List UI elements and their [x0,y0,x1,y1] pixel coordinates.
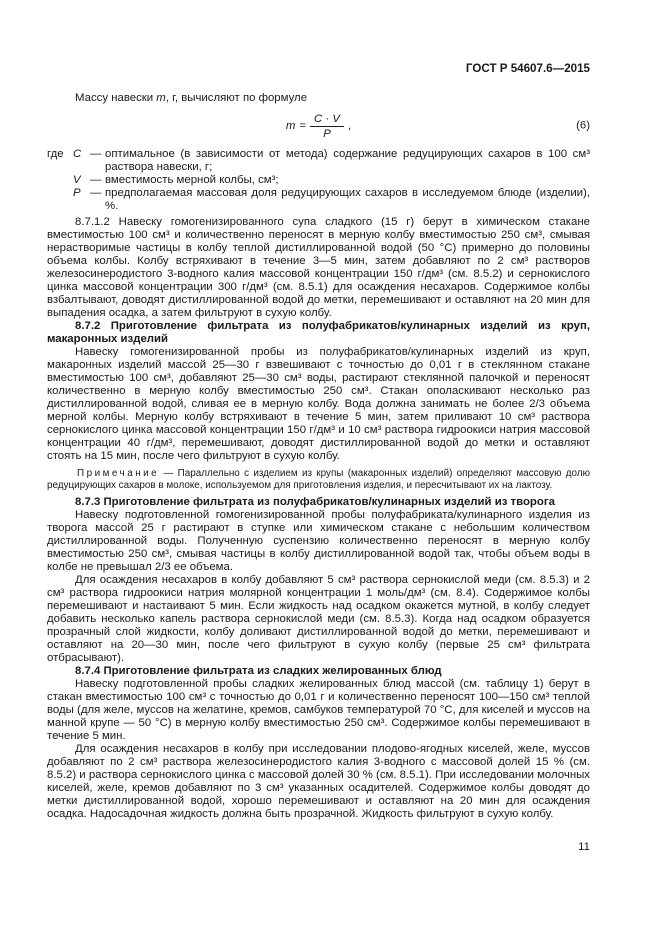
variable-p: P [73,187,90,213]
heading-8-7-3: 8.7.3 Приготовление фильтрата из полуфаб… [47,496,590,509]
paragraph-8-7-3-a: Навеску подготовленной гомогенизированно… [47,509,590,574]
document-number: ГОСТ Р 54607.6—2015 [47,62,590,75]
formula-intro-suffix: , г, вычисляют по формуле [166,92,307,104]
formula-intro: Массу навески m, г, вычисляют по формуле [47,92,590,105]
variable-v: V [73,174,90,187]
paragraph-8-7-4-b: Для осаждения несахаров в колбу при иссл… [47,743,590,821]
heading-8-7-4: 8.7.4 Приготовление фильтрата из сладких… [47,665,590,678]
equation-number: (6) [576,120,590,133]
variable-m: m [156,92,166,104]
note-label: Примечание [77,468,159,479]
page-content: ГОСТ Р 54607.6—2015 Массу навески m, г, … [47,62,590,821]
page-number: 11 [578,841,590,854]
where-list: где C — оптимальное (в зависимости от ме… [47,148,590,213]
variable-c: C [73,148,90,174]
where-lead: где [47,148,73,174]
where-item-c-text: оптимальное (в зависимости от метода) со… [105,148,590,174]
where-item-v-text: вместимость мерной колбы, см³; [105,174,590,187]
paragraph-8-7-1-2: 8.7.1.2 Навеску гомогенизированного супа… [47,216,590,320]
formula-block: m = C · V P , (6) [47,108,590,144]
formula-lhs: m [286,120,296,133]
formula-denominator: P [323,128,331,140]
document-page: ГОСТ Р 54607.6—2015 Массу навески m, г, … [0,0,661,935]
paragraph-8-7-4-a: Навеску подготовленной пробы сладких жел… [47,678,590,743]
formula-fraction: C · V P [310,113,344,140]
note: Примечание — Параллельно с изделием из к… [47,468,590,491]
paragraph-8-7-2: Навеску гомогенизированной пробы из полу… [47,346,590,463]
paragraph-8-7-3-b: Для осаждения несахаров в колбу добавляю… [47,574,590,665]
equals-sign: = [299,120,306,133]
where-item-p-text: предполагаемая массовая доля редуцирующи… [105,187,590,213]
formula-comma: , [348,120,351,133]
dash: — [90,187,105,213]
dash: — [90,174,105,187]
formula-intro-prefix: Массу навески [75,92,156,104]
heading-8-7-2: 8.7.2 Приготовление фильтрата из полуфаб… [47,320,590,346]
dash: — [90,148,105,174]
formula-numerator: C · V [314,113,340,125]
formula-expression: m = C · V P , [47,108,590,144]
